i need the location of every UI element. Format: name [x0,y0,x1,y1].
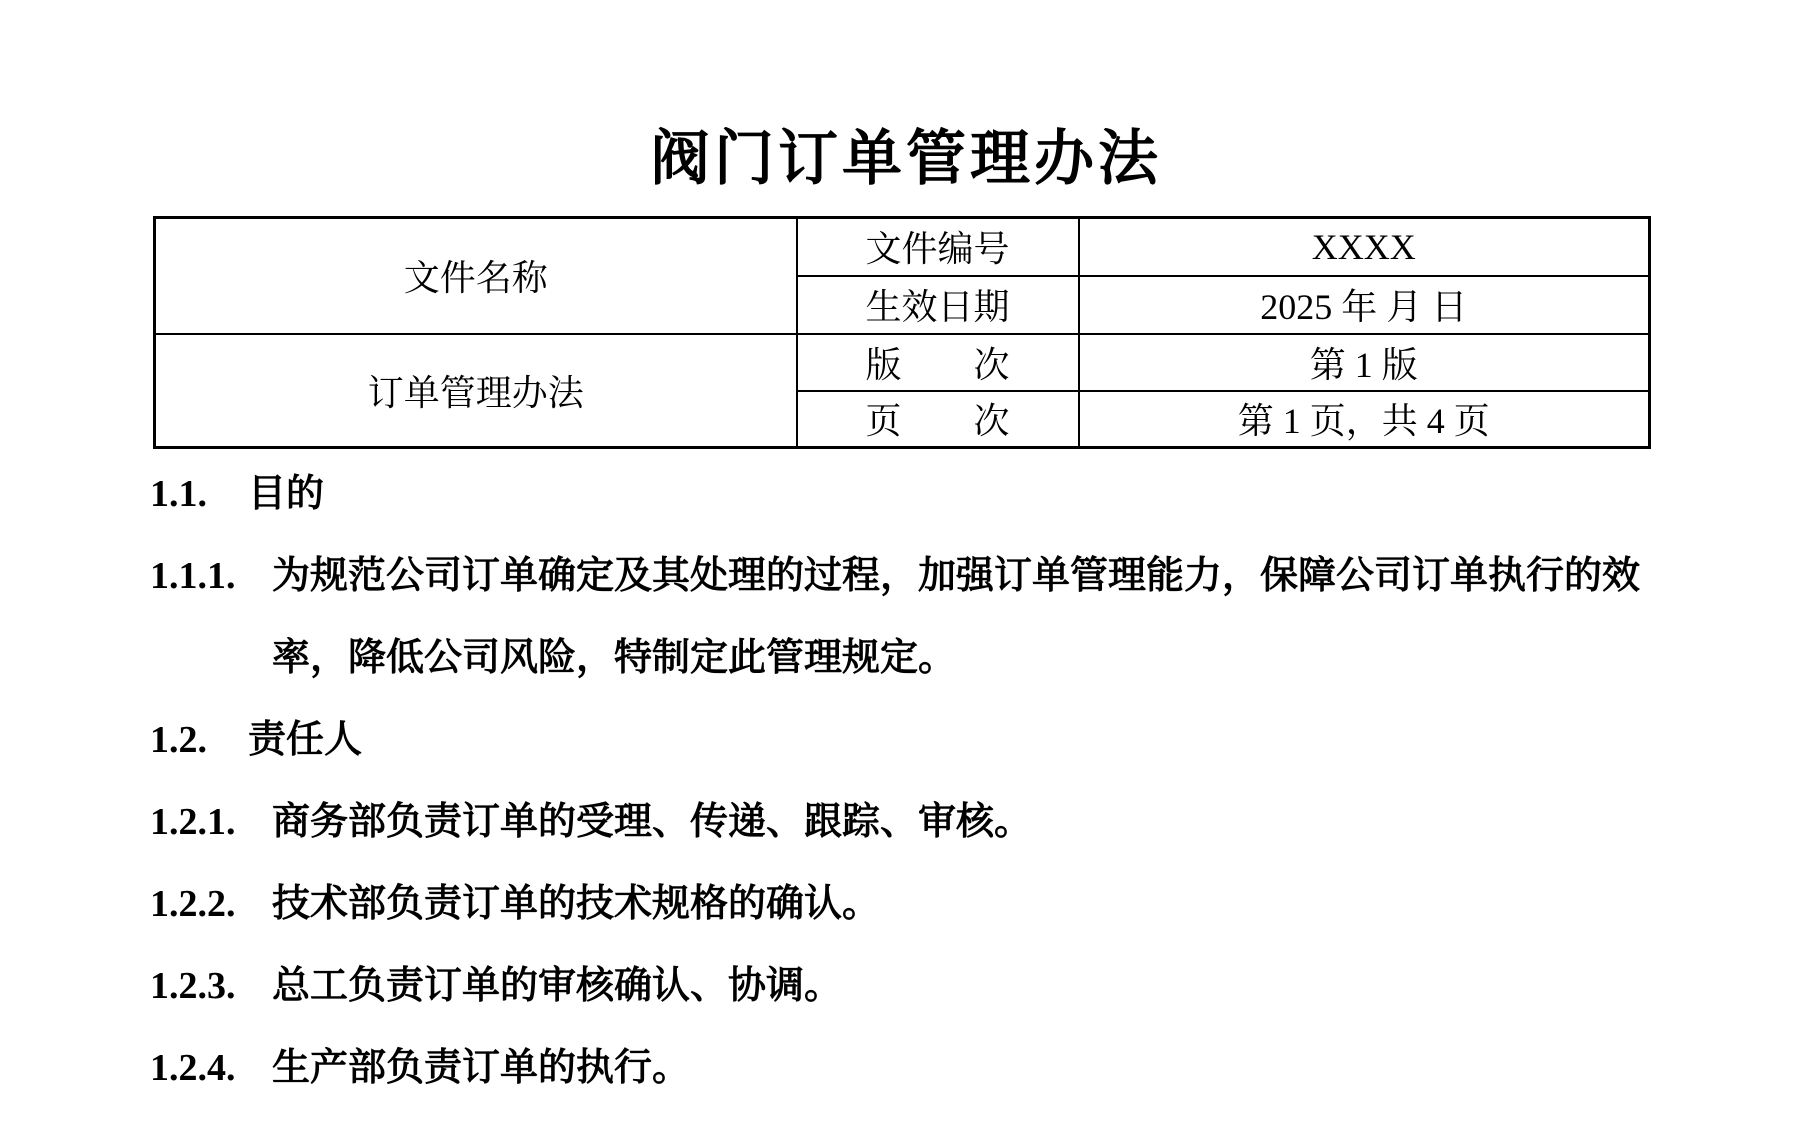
section-number: 1.1. [150,453,248,535]
cell-file-number-value: XXXX [1079,218,1650,276]
document-body: 1.1.目的 1.1.1.为规范公司订单确定及其处理的过程，加强订单管理能力，保… [150,453,1662,1109]
section-item-1-2-3: 1.2.3.总工负责订单的审核确认、协调。 [150,945,1662,1027]
section-item-1-2-1: 1.2.1.商务部负责订单的受理、传递、跟踪、审核。 [150,781,1662,863]
cell-file-number-label: 文件编号 [797,218,1079,276]
section-number: 1.2.2. [150,863,272,945]
section-heading-1-2: 1.2.责任人 [150,699,1662,781]
section-text: 责任人 [248,719,362,761]
section-text: 总工负责订单的审核确认、协调。 [272,965,842,1007]
cell-page-label: 页 次 [797,391,1079,448]
section-text: 目的 [248,473,324,515]
cell-version-label: 版 次 [797,334,1079,391]
section-number: 1.2.1. [150,781,272,863]
cell-effective-date-value: 2025 年 月 日 [1079,276,1650,334]
document-page: 阀门订单管理办法 文件名称 文件编号 XXXX 生效日期 2025 年 月 日 … [0,0,1794,1122]
section-item-1-2-2: 1.2.2.技术部负责订单的技术规格的确认。 [150,863,1662,945]
section-text: 技术部负责订单的技术规格的确认。 [272,883,880,925]
cell-effective-date-label: 生效日期 [797,276,1079,334]
section-number: 1.2.3. [150,945,272,1027]
section-item-1-2-4: 1.2.4.生产部负责订单的执行。 [150,1027,1662,1109]
cell-file-name-value: 订单管理办法 [155,334,797,448]
cell-version-value: 第 1 版 [1079,334,1650,391]
cell-file-name-label: 文件名称 [155,218,797,334]
section-number: 1.1.1. [150,535,272,617]
section-text: 为规范公司订单确定及其处理的过程，加强订单管理能力，保障公司订单执行的效率，降低… [272,555,1640,679]
section-heading-1-1: 1.1.目的 [150,453,1662,535]
document-info-table: 文件名称 文件编号 XXXX 生效日期 2025 年 月 日 订单管理办法 版 … [153,216,1651,449]
section-number: 1.2. [150,699,248,781]
section-number: 1.2.4. [150,1027,272,1109]
section-item-1-1-1: 1.1.1.为规范公司订单确定及其处理的过程，加强订单管理能力，保障公司订单执行… [150,535,1662,699]
section-text: 商务部负责订单的受理、传递、跟踪、审核。 [272,801,1032,843]
cell-page-value: 第 1 页，共 4 页 [1079,391,1650,448]
document-title: 阀门订单管理办法 [150,120,1662,198]
section-text: 生产部负责订单的执行。 [272,1047,690,1089]
